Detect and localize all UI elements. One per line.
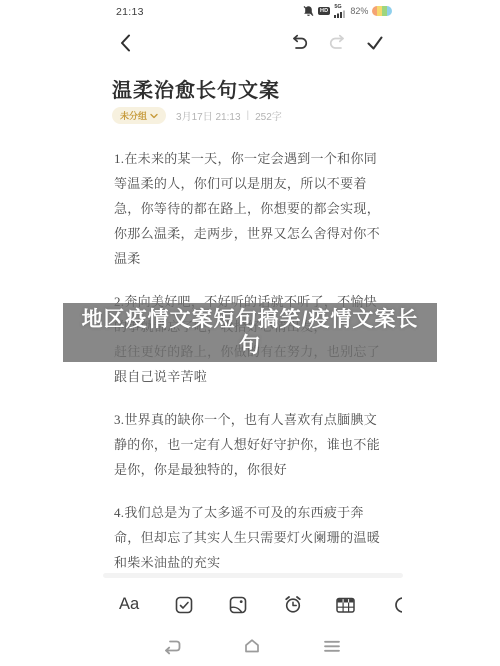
alarm-icon[interactable] — [283, 594, 303, 615]
paragraph-3: 3.世界真的缺你一个，也有人喜欢有点腼腆文 静的你，也一定有人想好好守护你，谁也… — [114, 407, 380, 482]
battery-icon — [372, 6, 392, 16]
signal-icon: 5G — [334, 5, 346, 18]
divider — [103, 573, 403, 578]
group-label: 未分组 — [120, 109, 147, 122]
checklist-icon[interactable] — [175, 596, 193, 614]
note-editor[interactable]: 1.在未来的某一天，你一定会遇到一个和你同 等温柔的人，你们可以是朋友，所以不要… — [114, 146, 380, 593]
watermark-text-line2: 句 — [239, 333, 261, 359]
redo-icon[interactable] — [328, 34, 348, 51]
undo-icon[interactable] — [289, 34, 309, 51]
chevron-down-icon — [150, 113, 158, 119]
note-meta: 未分组 3月17日 21:13 | 252字 — [112, 107, 282, 124]
nav-menu-button[interactable] — [323, 640, 341, 653]
back-button[interactable] — [119, 33, 131, 53]
watermark-banner: 地区疫情文案短句搞笑/疫情文案长 句 — [63, 303, 437, 362]
watermark-text-line1: 地区疫情文案短句搞笑/疫情文案长 — [82, 307, 419, 333]
partial-toolbar-icon[interactable] — [390, 593, 402, 617]
paragraph-1: 1.在未来的某一天，你一定会遇到一个和你同 等温柔的人，你们可以是朋友，所以不要… — [114, 146, 380, 271]
battery-percent: 82% — [350, 6, 368, 16]
paragraph-4: 4.我们总是为了太多遥不可及的东西疲于奔 命，但却忘了其实人生只需要灯火阑珊的温… — [114, 500, 380, 575]
note-title[interactable]: 温柔治愈长句文案 — [112, 74, 280, 103]
note-date: 3月17日 21:13 — [176, 108, 241, 123]
nav-back-button[interactable] — [163, 638, 183, 655]
word-count: 252字 — [255, 108, 282, 123]
table-icon[interactable] — [336, 597, 355, 614]
image-icon[interactable] — [229, 596, 247, 614]
confirm-check-icon[interactable] — [366, 34, 384, 52]
note-info: 3月17日 21:13 | 252字 — [176, 108, 282, 123]
nav-home-button[interactable] — [243, 637, 261, 654]
phone-screenshot: 21:13 HD 5G 82% — [0, 0, 500, 666]
group-selector[interactable]: 未分组 — [112, 107, 166, 124]
status-icons: HD 5G 82% — [303, 4, 392, 18]
mute-icon — [303, 5, 314, 17]
status-time: 21:13 — [116, 6, 144, 18]
text-format-button[interactable]: Aa — [119, 595, 139, 614]
hd-icon: HD — [318, 7, 330, 15]
separator: | — [247, 110, 250, 121]
